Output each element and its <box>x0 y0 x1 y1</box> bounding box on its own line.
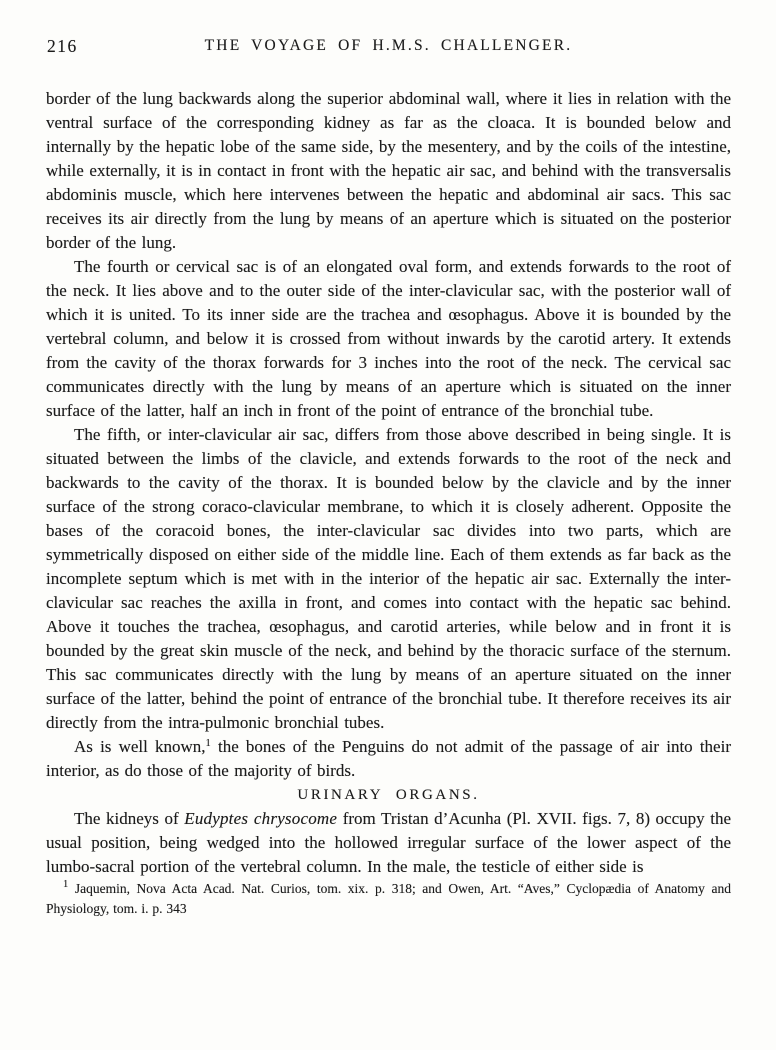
paragraph-interclavicular-sac: The fifth, or inter-clavicular air sac, … <box>46 423 731 735</box>
paragraph-kidneys: The kidneys of Eudyptes chrysocome from … <box>46 807 731 879</box>
body-text: border of the lung backwards along the s… <box>46 87 731 918</box>
paragraph-penguin-bones-text: As is well known, <box>74 737 206 756</box>
footnote: 1 Jaquemin, Nova Acta Acad. Nat. Curios,… <box>46 879 731 918</box>
book-page: 216 THE VOYAGE OF H.M.S. CHALLENGER. bor… <box>0 0 776 1050</box>
species-name-italic: Eudyptes chrysocome <box>184 809 337 828</box>
paragraph-penguin-bones: As is well known,1 the bones of the Peng… <box>46 735 731 783</box>
paragraph-continuation: border of the lung backwards along the s… <box>46 87 731 255</box>
page-header: 216 THE VOYAGE OF H.M.S. CHALLENGER. <box>46 36 731 58</box>
section-heading-urinary-organs: URINARY ORGANS. <box>46 783 731 807</box>
running-head: THE VOYAGE OF H.M.S. CHALLENGER. <box>46 37 731 55</box>
paragraph-cervical-sac: The fourth or cervical sac is of an elon… <box>46 255 731 423</box>
paragraph-kidneys-text: The kidneys of <box>74 809 184 828</box>
footnote-text: Jaquemin, Nova Acta Acad. Nat. Curios, t… <box>46 881 731 916</box>
